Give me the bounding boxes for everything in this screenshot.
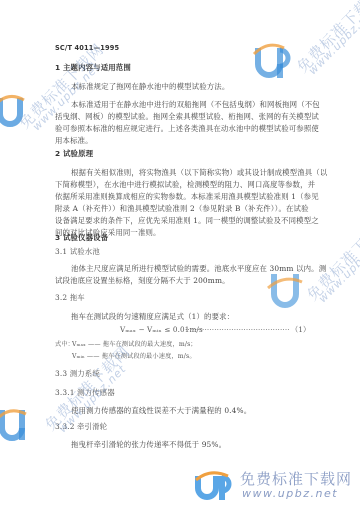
document-page: SC/T 4011—1995 1 主题内容与适用范围 本标准规定了拖网在静水池中… xyxy=(0,0,360,509)
section-1-paragraph-2-line: 括曳纲、网板）的模型试验。拖网全索具模型试验、桁拖网、张网的有关模型试 xyxy=(55,112,307,121)
footer-watermark-cn: 免费标准下载网 xyxy=(240,468,352,489)
section-2-paragraph-line: 依据所采用准则换算成相应的实物参数。本标准采用渔具模型试验准则 1（参见 xyxy=(55,192,307,201)
section-2-heading: 2 试验原理 xyxy=(55,149,93,158)
section-2-paragraph-line: 附录 A（补充件））和渔具模型试验准则 2（参见附录 B（补充件））。在试验 xyxy=(55,204,307,213)
upbz-logo-icon xyxy=(0,404,36,448)
section-3-3-2-paragraph: 拖曳杆牵引滑轮的张力传递率不得低于 95%。 xyxy=(71,440,226,449)
watermark-layer: 免费标准下载网 www.upbz.net 免费标准下载网 www.upbz.ne… xyxy=(0,0,360,509)
section-1-heading: 1 主题内容与适用范围 xyxy=(55,63,131,72)
section-3-3-2-heading: 3.3.2 牵引滑轮 xyxy=(55,422,107,431)
section-2-paragraph-line: 下简称模型），在水池中进行模拟试验，检测模型的阻力、网口高度等参数，并 xyxy=(55,180,307,189)
section-3-heading: 3 试验仪器设备 xyxy=(55,233,108,242)
section-2-paragraph-line: 设备满足要求的条件下，应优先采用准则 1。同一模型的调整试验及不同模型之 xyxy=(55,216,307,225)
section-2-paragraph-line: 根据有关相似准则，将实物渔具（以下简称实物）或其设计制成模型渔具（以 xyxy=(71,168,307,177)
watermark-url-text: www.upbz.net xyxy=(306,4,360,77)
upbz-logo-icon xyxy=(0,92,34,132)
upbz-logo-icon xyxy=(266,268,310,320)
formula-number: （1） xyxy=(291,325,310,334)
upbz-logo-icon xyxy=(192,468,240,502)
section-3-1-paragraph-line: 试段池底应设置坐标格，刻度分隔不大于 200mm。 xyxy=(55,276,230,285)
watermark-cn-text: 免费标准下载网 xyxy=(292,0,360,77)
section-1-paragraph-2-line: 用本标准。 xyxy=(55,136,93,145)
section-1-paragraph-2-line: 本标准适用于在静水池中进行的双船拖网（不包括曳纲）和网板拖网（不包 xyxy=(71,100,307,109)
footer-watermark: 免费标准下载网 www.upbz.net xyxy=(192,468,360,504)
upbz-logo-icon xyxy=(250,38,296,88)
section-3-3-heading: 3.3 测力系统 xyxy=(55,369,100,378)
section-3-2-heading: 3.2 拖车 xyxy=(55,293,85,302)
document-code: SC/T 4011—1995 xyxy=(55,44,119,53)
section-1-paragraph-2-line: 验可参照本标准的相应规定进行。上述各类渔具在动水池中的模型试验可参照使 xyxy=(55,124,307,133)
section-3-3-1-paragraph: 使用测力传感器的直线性误差不大于满量程的 0.4%。 xyxy=(71,406,251,415)
where-item: Vₘᵢₙ —— 拖车在测试段的最小速度，m/s。 xyxy=(72,352,196,361)
footer-watermark-url: www.upbz.net xyxy=(242,487,338,500)
section-3-1-heading: 3.1 试验水池 xyxy=(55,247,100,256)
section-3-3-1-heading: 3.3.1 测力传感器 xyxy=(55,388,115,397)
where-item: Vₘₐₓ —— 拖车在测试段的最大速度，m/s； xyxy=(72,340,197,349)
section-3-2-paragraph: 拖车在测试段的匀速精度应满足式（1）的要求： xyxy=(71,312,234,321)
formula-leader-dots: ········································… xyxy=(185,325,290,334)
section-3-1-paragraph-line: 池体主尺度应满足所进行模型试验的需要。池底水平度应在 30mm 以内。测 xyxy=(71,264,307,273)
section-1-paragraph-1: 本标准规定了拖网在静水池中的模型试验方法。 xyxy=(71,82,229,91)
